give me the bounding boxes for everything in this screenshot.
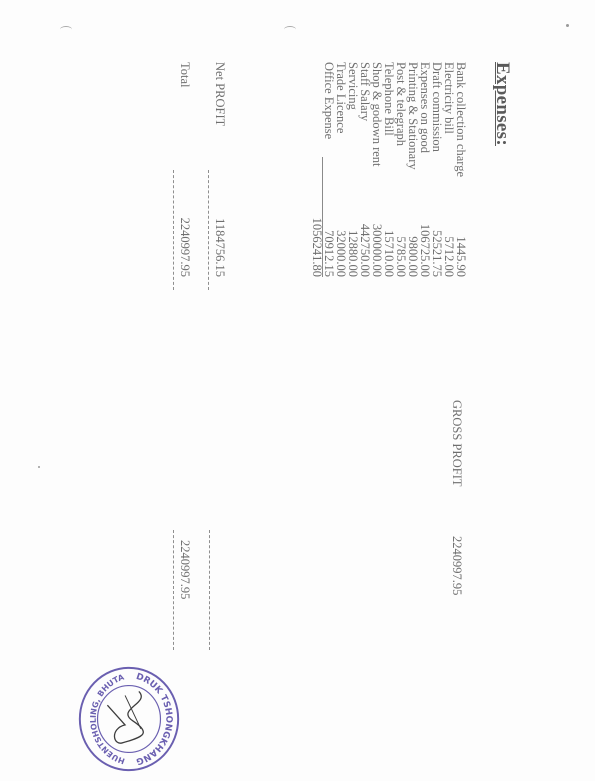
- expenses-heading: Expenses:: [491, 62, 513, 146]
- expense-label: Printing & Stationary: [407, 62, 419, 170]
- expense-label: Office Expense: [323, 62, 335, 139]
- expense-amount: 5712.00: [443, 157, 455, 277]
- expense-row: Printing & Stationary 9800.00: [407, 62, 419, 362]
- net-profit-label: Net PROFIT: [212, 62, 227, 126]
- total-label: Total: [177, 62, 192, 88]
- expense-row: Office Expense 70912.15: [323, 62, 335, 362]
- signature-icon: [107, 691, 143, 743]
- expense-row: Trade Licence 32000.00: [335, 62, 347, 362]
- expense-row: Electricity bill 5712.00: [443, 62, 455, 362]
- net-profit-row: Net PROFIT 1184756.15: [213, 62, 227, 362]
- expense-amount: 106725.00: [419, 157, 431, 277]
- expense-row: Draft commission 52521.75: [431, 62, 443, 362]
- expense-row: Expenses on good 106725.00: [419, 62, 431, 362]
- stamp-seal-icon: DRUK TSHONGKHANG PHUENTSHOLING, BHUTAN: [70, 663, 188, 775]
- dashed-rule: [173, 170, 174, 290]
- expense-label: Draft commission: [431, 62, 443, 152]
- expense-label: Staff Salary: [359, 62, 371, 121]
- dashed-rule: [173, 530, 174, 650]
- expense-amount: 32000.00: [335, 157, 347, 277]
- total-amount: 2240997.95: [177, 157, 192, 277]
- company-stamp: DRUK TSHONGKHANG PHUENTSHOLING, BHUTAN: [70, 663, 188, 775]
- expense-amount: 52521.75: [431, 157, 443, 277]
- expense-amount: 1445.90: [455, 157, 467, 277]
- expense-label: Electricity bill: [443, 62, 455, 134]
- expense-amount: 9800.00: [407, 157, 419, 277]
- dashed-rule: [208, 170, 209, 290]
- gross-profit-label: GROSS PROFIT: [449, 400, 464, 487]
- expense-label: Telephone Bill: [383, 62, 395, 136]
- expense-row: Servicing 12880.00: [347, 62, 359, 362]
- dashed-rule: [209, 530, 210, 650]
- expense-amount: 5785.00: [395, 157, 407, 277]
- expense-row: Shop & godown rent 300000.00: [371, 62, 383, 362]
- total-row: Total 2240997.95: [178, 62, 192, 362]
- expense-row: Bank collection charge 1445.90: [455, 62, 467, 362]
- expense-label: Shop & godown rent: [371, 62, 383, 167]
- expense-label: Trade Licence: [335, 62, 347, 133]
- expense-row: Staff Salary 442750.00: [359, 62, 371, 362]
- expense-label: Expenses on good: [419, 62, 431, 153]
- expense-amount: 300000.00: [371, 157, 383, 277]
- scanned-page: Expenses: Bank collection charge 1445.90…: [0, 0, 595, 781]
- expense-row: Telephone Bill 15710.00: [383, 62, 395, 362]
- income-total-amount: 2240997.95: [177, 540, 192, 599]
- expense-label: Post & telegraph: [395, 62, 407, 146]
- expense-amount: 442750.00: [359, 157, 371, 277]
- gross-profit-amount: 2240997.95: [449, 536, 464, 595]
- expense-label: Servicing: [347, 62, 359, 110]
- expense-subtotal: 1056241.80: [311, 157, 323, 277]
- expense-amount: 15710.00: [383, 157, 395, 277]
- expense-amount: 12880.00: [347, 157, 359, 277]
- expense-row: Post & telegraph 5785.00: [395, 62, 407, 362]
- net-profit-amount: 1184756.15: [212, 157, 227, 277]
- expense-subtotal-row: 1056241.80: [311, 62, 323, 362]
